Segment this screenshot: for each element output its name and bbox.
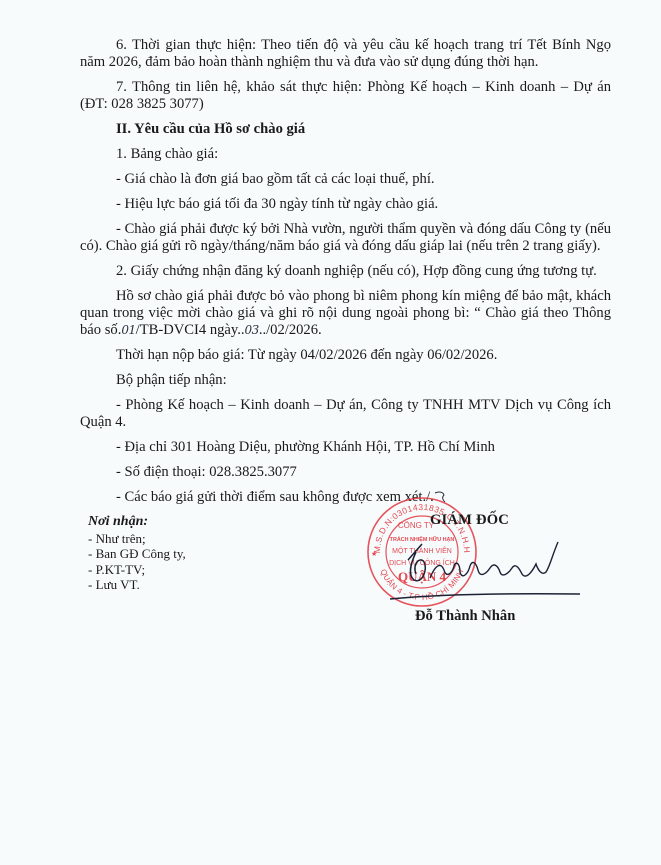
signer-title: GIÁM ĐỐC bbox=[430, 512, 509, 529]
paragraph-envelope-note: Hồ sơ chào giá phải được bỏ vào phong bì… bbox=[80, 288, 611, 339]
handwritten-notice-number: 01 bbox=[121, 323, 135, 337]
document-page: 6. Thời gian thực hiện: Theo tiến độ và … bbox=[0, 0, 661, 865]
item-quote-table: 1. Bảng chào giá: bbox=[80, 146, 611, 163]
recipients-title: Nơi nhận: bbox=[88, 514, 186, 530]
item-price-includes-tax: - Giá chào là đơn giá bao gồm tất cả các… bbox=[80, 171, 611, 188]
receiving-phone: - Số điện thoại: 028.3825.3077 bbox=[80, 464, 611, 481]
handwritten-signature-icon bbox=[400, 530, 570, 590]
envelope-note-middle: /TB-DVCI4 ngày.. bbox=[136, 322, 245, 338]
section-heading: II. Yêu cầu của Hồ sơ chào giá bbox=[80, 121, 611, 138]
recipient-item: - P.KT-TV; bbox=[88, 562, 186, 578]
recipient-item: - Như trên; bbox=[88, 531, 186, 547]
paragraph-deadline: Thời hạn nộp báo giá: Từ ngày 04/02/2026… bbox=[80, 347, 611, 364]
signature-block: M.S.D.N:0301431835-C.T.N.H.H QUẬN 4 - T.… bbox=[360, 490, 590, 630]
receiving-heading: Bộ phận tiếp nhận: bbox=[80, 372, 611, 389]
item-quote-validity: - Hiệu lực báo giá tối đa 30 ngày tính t… bbox=[80, 196, 611, 213]
recipients-list: Nơi nhận: - Như trên; - Ban GĐ Công ty, … bbox=[88, 514, 186, 593]
document-body: 6. Thời gian thực hiện: Theo tiến độ và … bbox=[80, 37, 611, 514]
signature-underline-icon bbox=[390, 590, 580, 602]
item-quote-signing: - Chào giá phải được ký bởi Nhà vườn, ng… bbox=[80, 221, 611, 255]
receiving-department: - Phòng Kế hoạch – Kinh doanh – Dự án, C… bbox=[80, 397, 611, 431]
item-business-certificate: 2. Giấy chứng nhận đăng ký doanh nghiệp … bbox=[80, 263, 611, 280]
svg-text:★: ★ bbox=[371, 550, 377, 558]
paragraph-contact-info: 7. Thông tin liên hệ, khảo sát thực hiện… bbox=[80, 79, 611, 113]
handwritten-day: 03 bbox=[245, 323, 259, 337]
paragraph-implementation-time: 6. Thời gian thực hiện: Theo tiến độ và … bbox=[80, 37, 611, 71]
recipient-item: - Lưu VT. bbox=[88, 577, 186, 593]
envelope-note-suffix: ../02/2026. bbox=[259, 322, 322, 338]
receiving-address: - Địa chỉ 301 Hoàng Diệu, phường Khánh H… bbox=[80, 439, 611, 456]
signer-name: Đỗ Thành Nhân bbox=[415, 608, 515, 625]
recipient-item: - Ban GĐ Công ty, bbox=[88, 546, 186, 562]
